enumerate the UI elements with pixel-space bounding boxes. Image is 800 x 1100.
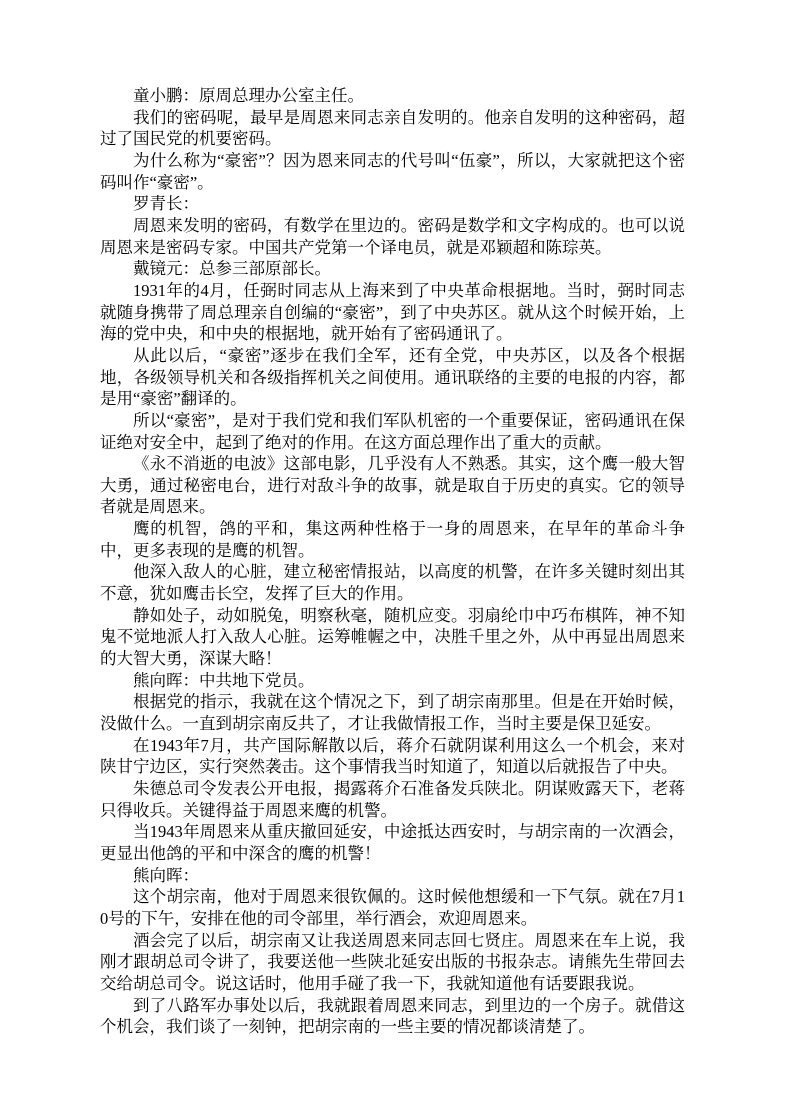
- paragraph-speaker-xiong-xianghui: 熊向晖：中共地下党员。: [100, 670, 685, 692]
- paragraph: 1931年的4月，任弼时同志从上海来到了中央革命根据地。当时，弼时同志就随身携带…: [100, 280, 685, 345]
- document-page: 童小鹏：原周总理办公室主任。 我们的密码呢，最早是周恩来同志亲自发明的。他亲自发…: [0, 0, 800, 1100]
- paragraph: 《永不消逝的电波》这部电影，几乎没有人不熟悉。其实，这个鹰一般大智大勇，通过秘密…: [100, 453, 685, 518]
- paragraph: 当1943年周恩来从重庆撤回延安，中途抵达西安时，与胡宗南的一次酒会，更显出他鸽…: [100, 821, 685, 864]
- paragraph: 鹰的机智，鸽的平和，集这两种性格于一身的周恩来，在早年的革命斗争中，更多表现的是…: [100, 518, 685, 561]
- paragraph: 朱德总司令发表公开电报，揭露蒋介石准备发兵陕北。阴谋败露天下，老蒋只得收兵。关键…: [100, 778, 685, 821]
- document-content: 童小鹏：原周总理办公室主任。 我们的密码呢，最早是周恩来同志亲自发明的。他亲自发…: [100, 85, 685, 1038]
- paragraph: 到了八路军办事处以后，我就跟着周恩来同志，到里边的一个房子。就借这个机会，我们谈…: [100, 995, 685, 1038]
- paragraph: 所以“豪密”，是对于我们党和我们军队机密的一个重要保证，密码通讯在保证绝对安全中…: [100, 410, 685, 453]
- paragraph-speaker-tong-xiaopeng: 童小鹏：原周总理办公室主任。: [100, 85, 685, 107]
- paragraph: 他深入敌人的心脏，建立秘密情报站，以高度的机警，在许多关键时刻出其不意，犹如鹰击…: [100, 561, 685, 604]
- paragraph-speaker-luo-qingchang: 罗青长：: [100, 193, 685, 215]
- paragraph: 根据党的指示，我就在这个情况之下，到了胡宗南那里。但是在开始时候，没做什么。一直…: [100, 691, 685, 734]
- paragraph: 周恩来发明的密码，有数学在里边的。密码是数学和文字构成的。也可以说周恩来是密码专…: [100, 215, 685, 258]
- paragraph: 在1943年7月，共产国际解散以后，蒋介石就阴谋利用这么一个机会，来对陕甘宁边区…: [100, 735, 685, 778]
- paragraph: 我们的密码呢，最早是周恩来同志亲自发明的。他亲自发明的这种密码，超过了国民党的机…: [100, 107, 685, 150]
- paragraph: 酒会完了以后，胡宗南又让我送周恩来同志回七贤庄。周恩来在车上说，我刚才跟胡总司令…: [100, 930, 685, 995]
- paragraph-speaker-xiong-xianghui: 熊向晖：: [100, 865, 685, 887]
- paragraph: 这个胡宗南，他对于周恩来很钦佩的。这时候他想缓和一下气氛。就在7月10号的下午，…: [100, 886, 685, 929]
- paragraph: 从此以后，“豪密”逐步在我们全军，还有全党，中央苏区，以及各个根据地，各级领导机…: [100, 345, 685, 410]
- paragraph-speaker-dai-jingyuan: 戴镜元：总参三部原部长。: [100, 258, 685, 280]
- paragraph: 静如处子，动如脱兔，明察秋毫，随机应变。羽扇纶巾中巧布棋阵，神不知鬼不觉地派人打…: [100, 605, 685, 670]
- paragraph: 为什么称为“豪密”？因为恩来同志的代号叫“伍豪”，所以，大家就把这个密码叫作“豪…: [100, 150, 685, 193]
